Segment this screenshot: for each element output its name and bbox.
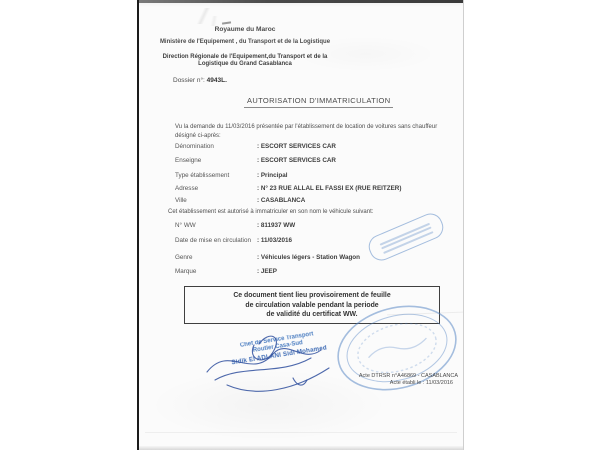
act-reference-line-2: Acte établi le : 11/03/2016 (332, 380, 453, 387)
letterhead: Royaume du Maroc Ministère de l'Equipeme… (157, 26, 333, 69)
intro-text: Vu la demande du 11/03/2016 présentée pa… (175, 123, 437, 141)
field-row-genre: Genre : Véhicules légers - Station Wagon (175, 254, 193, 262)
field-row-date-circulation: Date de mise en circulation : 11/03/2016 (175, 237, 251, 245)
field-label: Adresse (175, 185, 198, 192)
paper-crease (179, 16, 249, 26)
field-value: : Principal (257, 172, 287, 179)
field-row-adresse: Adresse : N° 23 RUE ALLAL EL FASSI EX (R… (175, 185, 198, 193)
intro-line-1: Vu la demande du 11/03/2016 présentée pa… (175, 123, 437, 132)
field-row-denomination: Dénomination : ESCORT SERVICES CAR (175, 143, 214, 151)
signature-scribble (197, 328, 352, 400)
field-value: : N° 23 RUE ALLAL EL FASSI EX (RUE REITZ… (257, 185, 401, 192)
dossier-number: Dossier n°: 4943L. (173, 77, 227, 84)
scanned-document-screen: Royaume du Maroc Ministère de l'Equipeme… (0, 0, 600, 450)
field-label: Dénomination (175, 143, 214, 150)
field-value: : 11/03/2016 (257, 237, 292, 244)
small-blue-stamp (365, 210, 447, 264)
paper-crease (145, 432, 457, 433)
field-value: : CASABLANCA (257, 197, 305, 204)
document-page: Royaume du Maroc Ministère de l'Equipeme… (137, 0, 464, 450)
field-row-marque: Marque : JEEP (175, 268, 196, 276)
act-reference: Acte DTRSR n°A46869 - CASABLANCA Acte ét… (332, 373, 458, 387)
field-label: Ville (175, 197, 187, 204)
field-row-ville: Ville : CASABLANCA (175, 197, 187, 205)
scan-bottom-edge (139, 446, 463, 450)
authorization-text: Cet établissement est autorisé à immatri… (168, 209, 373, 215)
page-title: AUTORISATION D'IMMATRICULATION (244, 96, 393, 108)
paper-crease (151, 8, 256, 24)
kingdom-title: Royaume du Maroc (157, 26, 333, 33)
field-label: N° WW (175, 222, 196, 229)
ministry-title: Ministère de l'Equipement , du Transport… (157, 39, 333, 47)
field-label: Genre (175, 254, 193, 261)
intro-line-2: désigné ci-après: (175, 132, 437, 141)
field-row-numero-ww: N° WW : 811937 WW (175, 222, 196, 230)
field-label: Enseigne (175, 157, 201, 164)
stamp-illegible-text (383, 230, 434, 253)
field-value: : Véhicules légers - Station Wagon (257, 254, 360, 261)
field-value: : ESCORT SERVICES CAR (257, 157, 336, 164)
field-value: : JEEP (257, 268, 277, 275)
stamp-illegible-text (381, 226, 432, 249)
scan-top-edge (139, 0, 463, 3)
dossier-value: 4943L. (207, 77, 227, 84)
field-row-type-etablissement: Type établissement : Principal (175, 172, 229, 180)
field-value: : ESCORT SERVICES CAR (257, 143, 336, 150)
field-label: Date de mise en circulation (175, 237, 251, 244)
field-label: Marque (175, 268, 196, 275)
field-label: Type établissement (175, 172, 229, 179)
pen-dash-mark (222, 21, 231, 24)
act-reference-line-1: Acte DTRSR n°A46869 - CASABLANCA (332, 373, 458, 380)
dossier-label: Dossier n°: (173, 77, 205, 84)
field-value: : 811937 WW (257, 222, 295, 229)
direction-title: Direction Régionale de l'Equipement,du T… (157, 54, 333, 69)
field-row-enseigne: Enseigne : ESCORT SERVICES CAR (175, 157, 201, 165)
